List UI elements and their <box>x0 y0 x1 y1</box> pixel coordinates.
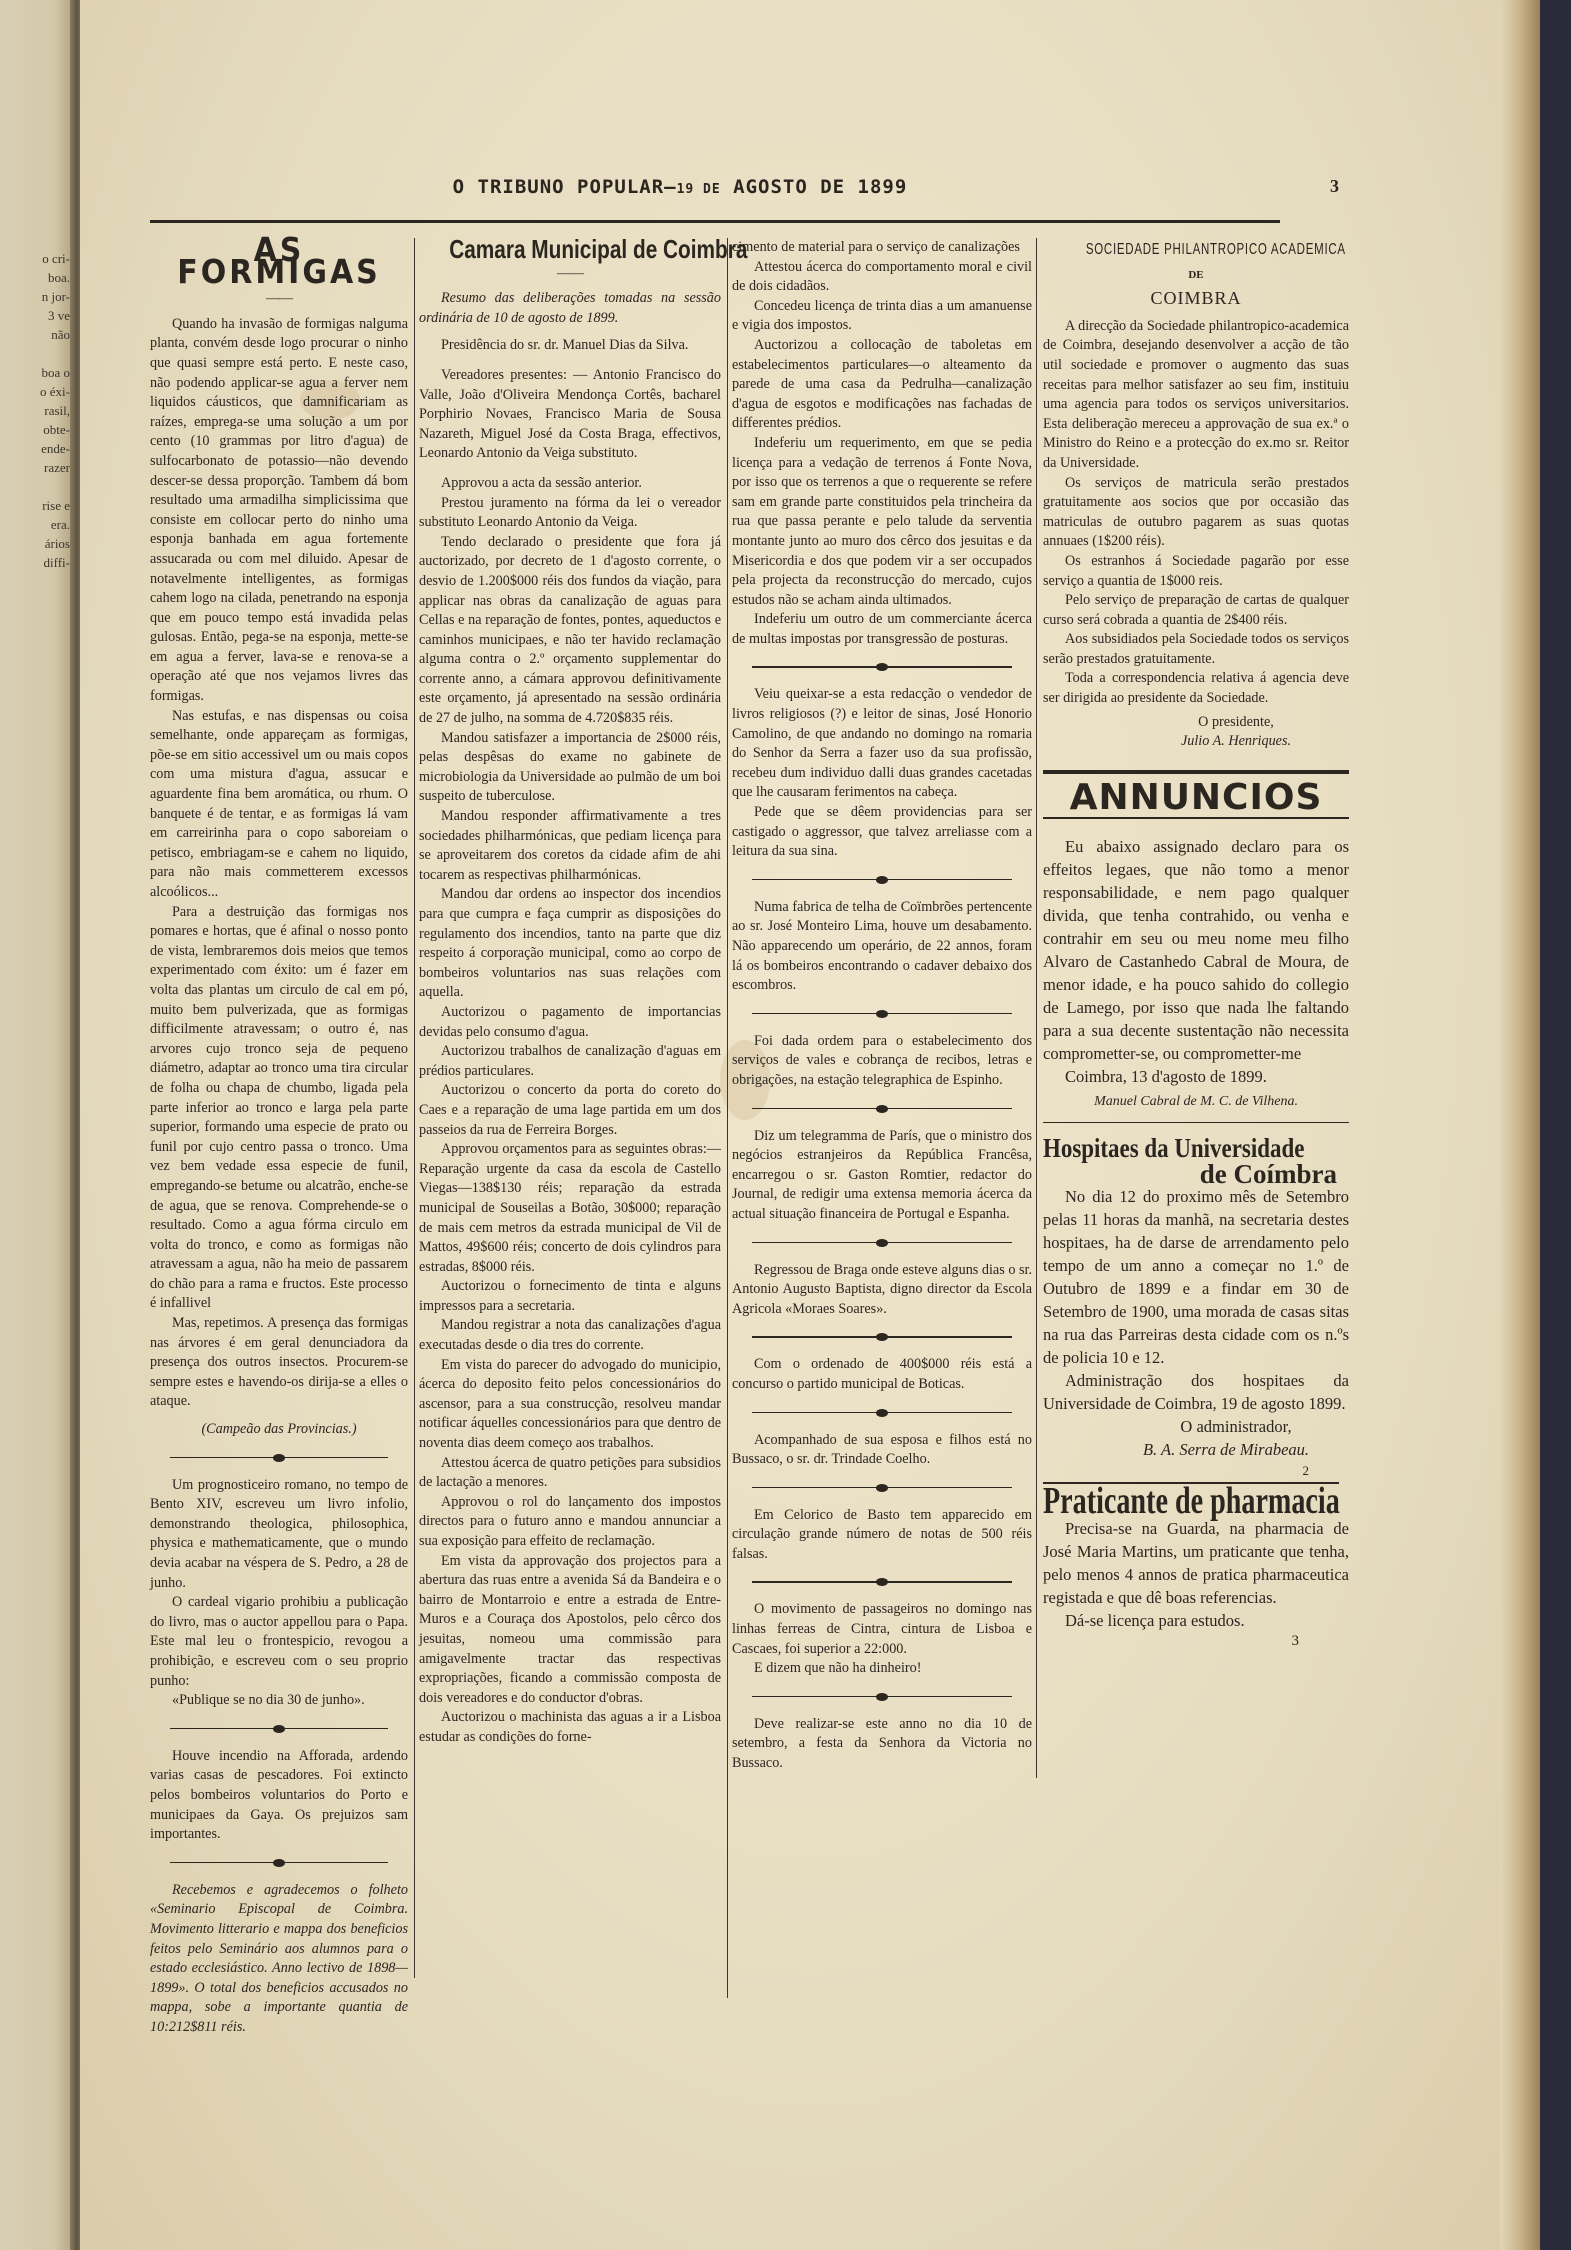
article-paragraph: Para a destruição das formigas nos pomar… <box>150 903 408 1314</box>
ornamental-divider <box>170 1452 388 1464</box>
news-item-paragraph: Foi dada ordem para o estabelecimento do… <box>732 1032 1032 1091</box>
announcement-text: Eu abaixo assignado declaro para os effe… <box>1043 835 1349 1065</box>
previous-page-text-fragment: o éxi- <box>0 383 70 400</box>
column-1: AS FORMIGAS —— Quando ha invasão de form… <box>150 238 408 2037</box>
deliberation-paragraph: Auctorizou a collocação de taboletas em … <box>732 336 1032 434</box>
deliberation-paragraph: Auctorizou o pagamento de importancias d… <box>419 1003 721 1042</box>
deliberation-paragraph: Mandou satisfazer a importancia de 2$000… <box>419 729 721 807</box>
news-item-paragraph: Veiu queixar-se a esta redacção o vended… <box>732 685 1032 803</box>
deliberation-paragraph: Indeferiu um outro de um commerciante ác… <box>732 610 1032 649</box>
ornamental-divider <box>752 1103 1012 1115</box>
society-paragraph: Os serviços de matricula serão prestados… <box>1043 474 1349 552</box>
previous-page-text-fragment: razer <box>0 459 70 476</box>
deliberation-paragraph: Mandou responder affirmativamente a tres… <box>419 807 721 885</box>
deliberation-paragraph: Auctorizou trabalhos de canalização d'ag… <box>419 1042 721 1081</box>
deliberation-paragraph: Tendo declarado o presidente que fora já… <box>419 533 721 729</box>
masthead-title: O TRIBUNO POPULAR— <box>453 176 677 198</box>
deliberation-paragraph: Auctorizou o fornecimento de tinta e alg… <box>419 1277 721 1316</box>
previous-page-text-fragment: n jor- <box>0 288 70 305</box>
deliberation-paragraph: Concedeu licença de trinta dias a um ama… <box>732 297 1032 336</box>
news-item-paragraph: Regressou de Braga onde esteve alguns di… <box>732 1261 1032 1320</box>
article-source: (Campeão das Provincias.) <box>150 1420 408 1440</box>
deliberation-paragraph: Auctorizou o machinista das aguas a ir a… <box>419 1708 721 1747</box>
announcement-date: Coimbra, 13 d'agosto de 1899. <box>1043 1065 1349 1088</box>
previous-page-text-fragment: o cri- <box>0 250 70 267</box>
hospital-text: No dia 12 do proximo mês de Setembro pel… <box>1043 1185 1349 1369</box>
previous-page-text-fragment: rasil, <box>0 402 70 419</box>
ad-mark: 2 <box>1043 1461 1349 1481</box>
ornamental-divider <box>752 1407 1012 1419</box>
news-item-paragraph: Numa fabrica de telha de Coïmbrões perte… <box>732 898 1032 996</box>
ornamental-divider <box>752 1482 1012 1494</box>
article-paragraph: Quando ha invasão de formigas nalguma pl… <box>150 315 408 707</box>
previous-page-text-fragment: obte- <box>0 421 70 438</box>
article-paragraph: «Publique se no dia 30 de junho». <box>150 1691 408 1711</box>
article-heading-formigas: AS FORMIGAS <box>150 240 408 283</box>
previous-page-text-fragment: rise e <box>0 497 70 514</box>
heading-dash: —— <box>419 264 721 284</box>
deliberation-paragraph: cimento de material para o serviço de ca… <box>732 238 1032 258</box>
heading-dash: —— <box>150 289 408 309</box>
ornamental-divider <box>752 1576 1012 1588</box>
deliberation-paragraph: Em vista do parecer do advogado do munic… <box>419 1356 721 1454</box>
society-paragraph: A direcção da Sociedade philantropico-ac… <box>1043 317 1349 474</box>
article-paragraph: Nas estufas, e nas dispensas ou coisa se… <box>150 707 408 903</box>
ornamental-divider <box>170 1857 388 1869</box>
society-heading-city: COIMBRA <box>1043 289 1349 309</box>
ornamental-divider <box>752 1237 1012 1249</box>
signature-name: Julio A. Henriques. <box>1043 732 1349 752</box>
deliberation-paragraph: Approvou a acta da sessão anterior. <box>419 474 721 494</box>
annuncios-heading: ANNUNCIOS <box>1043 788 1349 808</box>
article-subtitle: Resumo das deliberações tomadas na sessã… <box>419 289 721 328</box>
news-item-paragraph: O movimento de passageiros no domingo na… <box>732 1600 1032 1659</box>
news-item-paragraph: E dizem que não ha dinheiro! <box>732 1659 1032 1679</box>
column-3: cimento de material para o serviço de ca… <box>727 238 1032 1998</box>
deliberation-paragraph: Em vista da approvação dos projectos par… <box>419 1552 721 1709</box>
page-number: 3 <box>1330 176 1339 197</box>
pharmacy-text: Precisa-se na Guarda, na pharmacia de Jo… <box>1043 1517 1349 1609</box>
news-item-paragraph: Em Celorico de Basto tem apparecido em c… <box>732 1506 1032 1565</box>
deliberation-paragraph: Prestou juramento na fórma da lei o vere… <box>419 494 721 533</box>
news-item-paragraph: Acompanhado de sua esposa e filhos está … <box>732 1431 1032 1470</box>
article-paragraph: Recebemos e agradecemos o folheto «Semin… <box>150 1881 408 2038</box>
signature-title: O administrador, <box>1043 1415 1349 1438</box>
signature-title: O presidente, <box>1043 713 1349 733</box>
deliberation-paragraph: Mandou dar ordens ao inspector dos incen… <box>419 885 721 1003</box>
column-2: Camara Municipal de Coimbra —— Resumo da… <box>414 238 721 1978</box>
news-item-paragraph: Com o ordenado de 400$000 réis está a co… <box>732 1355 1032 1394</box>
society-heading: SOCIEDADE PHILANTROPICO ACADEMICA <box>1086 240 1306 260</box>
article-paragraph: Um prognosticeiro romano, no tempo de Be… <box>150 1476 408 1594</box>
announcement-signature: Manuel Cabral de M. C. de Vilhena. <box>1043 1092 1349 1112</box>
pharmacy-heading: Praticante de pharmacia <box>1043 1492 1269 1512</box>
masthead-day: 19 DE <box>677 182 721 197</box>
ornamental-divider <box>752 1331 1012 1343</box>
article-paragraph: O cardeal vigario prohibiu a publicação … <box>150 1593 408 1691</box>
news-item-paragraph: Pede que se dêem providencias para ser c… <box>732 803 1032 862</box>
page-edge <box>1500 0 1540 2250</box>
article-heading-camara: Camara Municipal de Coimbra <box>449 240 691 260</box>
hospital-text: Administração dos hospitaes da Universid… <box>1043 1369 1349 1415</box>
news-item-paragraph: Deve realizar-se este anno no dia 10 de … <box>732 1715 1032 1774</box>
previous-page-text-fragment: ários <box>0 535 70 552</box>
masthead-date: AGOSTO DE 1899 <box>721 176 908 198</box>
society-paragraph: Os estranhos á Sociedade pagarão por ess… <box>1043 552 1349 591</box>
previous-page-text-fragment: ende- <box>0 440 70 457</box>
ornamental-divider <box>752 1008 1012 1020</box>
article-paragraph: Mas, repetimos. A presença das formigas … <box>150 1314 408 1412</box>
section-rule <box>1043 1122 1349 1124</box>
deliberation-paragraph: Mandou registrar a nota das canalizações… <box>419 1316 721 1355</box>
header-rule <box>150 220 1280 223</box>
deliberation-paragraph: Approvou orçamentos para as seguintes ob… <box>419 1140 721 1277</box>
ornamental-divider <box>752 661 1012 673</box>
signature-name: B. A. Serra de Mirabeau. <box>1043 1438 1349 1461</box>
hospital-heading-city: de Coímbra <box>1043 1165 1337 1185</box>
deliberation-paragraph: Presidência do sr. dr. Manuel Dias da Si… <box>419 336 721 356</box>
deliberation-paragraph: Vereadores presentes: — Antonio Francisc… <box>419 366 721 464</box>
article-paragraph: Houve incendio na Afforada, ardendo vari… <box>150 1747 408 1845</box>
section-rule <box>1043 770 1349 774</box>
ornamental-divider <box>170 1723 388 1735</box>
previous-page-text-fragment: diffi- <box>0 554 70 571</box>
pharmacy-text: Dá-se licença para estudos. <box>1043 1609 1349 1632</box>
deliberation-paragraph: Attestou ácerca do comportamento moral e… <box>732 258 1032 297</box>
masthead: O TRIBUNO POPULAR—19 DE AGOSTO DE 1899 <box>300 176 1060 198</box>
column-4: SOCIEDADE PHILANTROPICO ACADEMICA DE COI… <box>1036 238 1349 1778</box>
previous-page-edge: o cri-boa.n jor-3 venãoboa oo éxi-rasil,… <box>0 0 78 2250</box>
previous-page-text-fragment: boa o <box>0 364 70 381</box>
society-paragraph: Pelo serviço de preparação de cartas de … <box>1043 591 1349 630</box>
ad-mark: 3 <box>1043 1632 1349 1652</box>
society-heading-de: DE <box>1043 266 1349 286</box>
previous-page-text-fragment: boa. <box>0 269 70 286</box>
deliberation-paragraph: Attestou ácerca de quatro petições para … <box>419 1454 721 1493</box>
ornamental-divider <box>752 1691 1012 1703</box>
deliberation-paragraph: Auctorizou o concerto da porta do coreto… <box>419 1081 721 1140</box>
deliberation-paragraph: Approvou o rol do lançamento dos imposto… <box>419 1493 721 1552</box>
hospital-heading: Hospitaes da Universidade <box>1043 1131 1303 1165</box>
society-paragraph: Aos subsidiados pela Sociedade todos os … <box>1043 630 1349 669</box>
news-item-paragraph: Diz um telegramma de París, que o minist… <box>732 1127 1032 1225</box>
ornamental-divider <box>752 874 1012 886</box>
previous-page-text-fragment: 3 ve <box>0 307 70 324</box>
previous-page-text-fragment: não <box>0 326 70 343</box>
previous-page-text-fragment: era. <box>0 516 70 533</box>
society-paragraph: Toda a correspondencia relativa á agenci… <box>1043 669 1349 708</box>
deliberation-paragraph: Indeferiu um requerimento, em que se ped… <box>732 434 1032 610</box>
